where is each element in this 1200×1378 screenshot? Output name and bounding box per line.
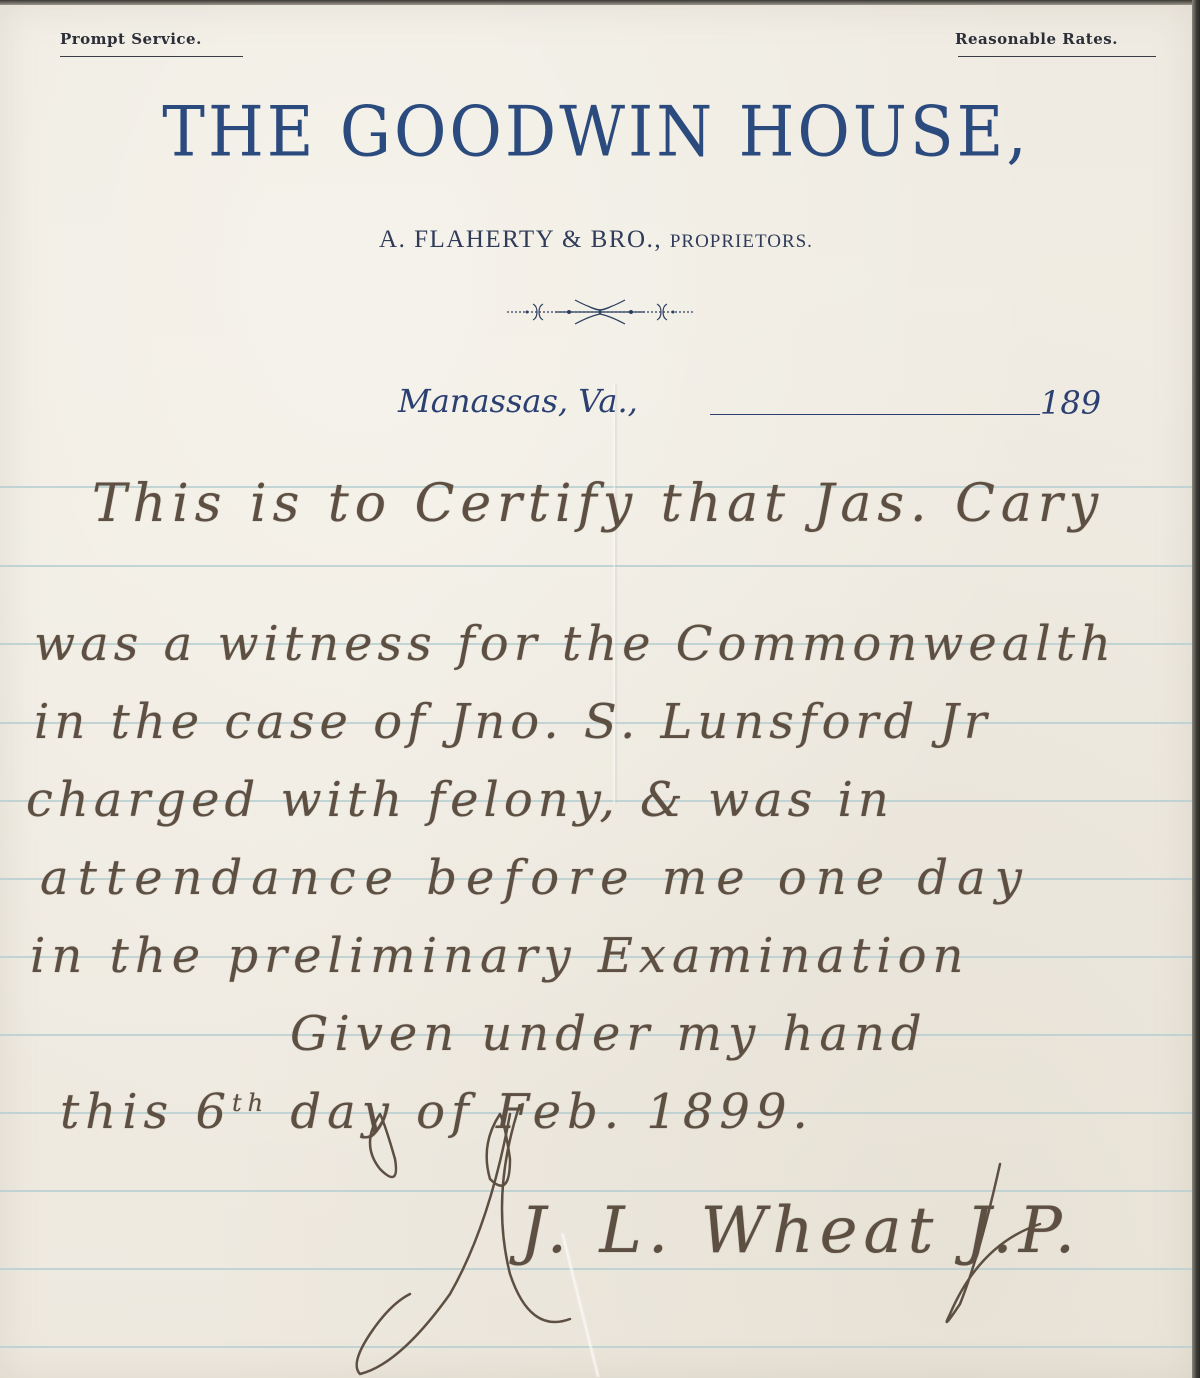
tagline-prompt-service: Prompt Service. (60, 30, 202, 48)
tagline-underline (958, 56, 1156, 57)
tagline-reasonable-rates: Reasonable Rates. (955, 30, 1118, 48)
handwritten-line: attendance before me one day (40, 850, 1031, 906)
ruled-line (0, 1190, 1192, 1192)
date-rest: day of Feb. 1899. (269, 1084, 814, 1140)
signature: J. L. Wheat J.P. (520, 1194, 1081, 1268)
proprietors-title: PROPRIETORS. (670, 231, 813, 252)
year-prefix: 189 (1040, 384, 1101, 422)
scan-border-right (1192, 0, 1200, 1378)
handwritten-date-line: this 6th day of Feb. 1899. (60, 1084, 814, 1140)
proprietors-name: A. FLAHERTY & BRO., (379, 226, 662, 253)
ruled-line (0, 1268, 1192, 1270)
date-prefix: this 6 (60, 1084, 232, 1140)
handwritten-line: Given under my hand (290, 1006, 928, 1062)
ruled-line (0, 565, 1192, 567)
handwritten-line: was a witness for the Commonwealth (34, 616, 1116, 672)
letter-sheet: Prompt Service. Reasonable Rates. THE GO… (0, 4, 1192, 1378)
scan-border-top (0, 0, 1200, 5)
hotel-name: THE GOODWIN HOUSE, (0, 93, 1192, 173)
handwritten-line: in the preliminary Examination (30, 928, 969, 984)
scroll-ornament-icon (505, 294, 695, 330)
handwritten-line: charged with felony, & was in (26, 772, 894, 828)
proprietors-line: A. FLAHERTY & BRO., PROPRIETORS. (0, 226, 1192, 254)
date-ordinal: th (232, 1089, 269, 1117)
tagline-underline (60, 56, 243, 57)
ruled-line (0, 1346, 1192, 1348)
place-printed: Manassas, Va., (398, 382, 638, 420)
handwritten-line: This is to Certify that Jas. Cary (92, 474, 1104, 534)
date-blank-line (710, 414, 1040, 415)
handwritten-line: in the case of Jno. S. Lunsford Jr (34, 694, 992, 750)
